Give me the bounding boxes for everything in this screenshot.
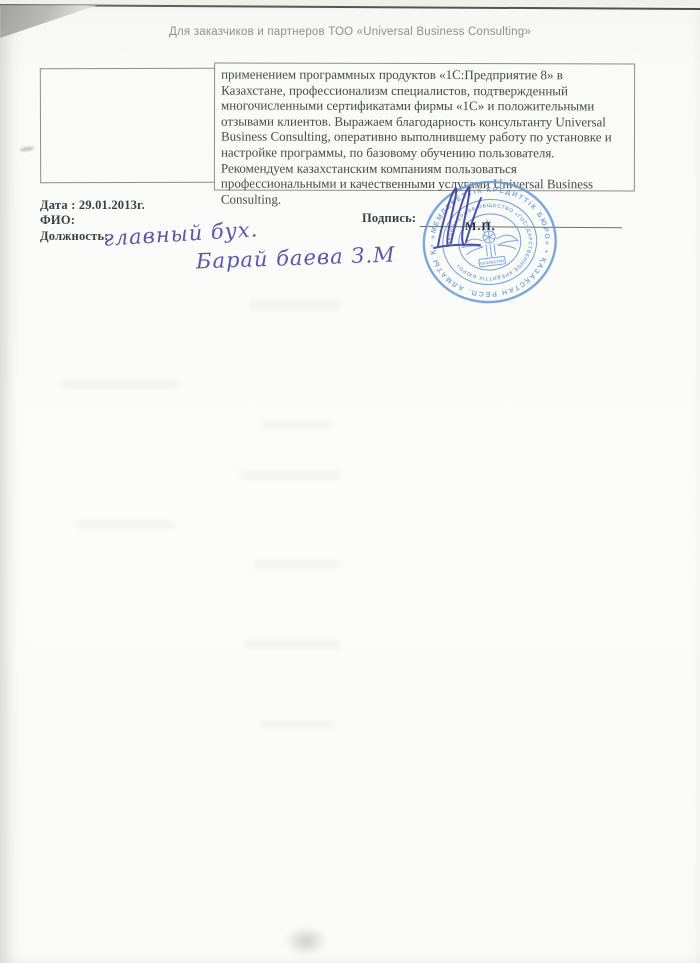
scan-artifact-mark — [20, 146, 34, 152]
bleed-through-ghost — [260, 720, 335, 729]
handwritten-position-text: главный бух. — [102, 217, 259, 250]
date-label: Дата : 29.01.2013г. — [40, 198, 145, 213]
bleed-through-ghost — [250, 300, 340, 310]
bleed-through-ghost — [255, 560, 340, 569]
bleed-through-ghost — [75, 520, 175, 529]
table-cell-empty — [40, 68, 215, 184]
fio-label: ФИО: — [40, 213, 75, 228]
position-label: Должность: — [40, 229, 109, 244]
signature-label: Подпись: — [362, 211, 416, 226]
bleed-through-ghost — [245, 640, 340, 650]
handwritten-name-text: Барай баева З.М — [196, 243, 396, 274]
handwritten-signature — [424, 182, 494, 254]
document-header-title: Для заказчиков и партнеров ТОО «Universa… — [0, 26, 700, 38]
table-cell-body: применением программных продуктов «1С:Пр… — [214, 63, 635, 192]
scan-smudge — [284, 926, 328, 956]
bleed-through-ghost — [262, 420, 332, 429]
scanned-letter-page: Для заказчиков и партнеров ТОО «Universa… — [0, 0, 700, 963]
bleed-through-ghost — [240, 470, 340, 480]
bleed-through-ghost — [60, 380, 180, 389]
